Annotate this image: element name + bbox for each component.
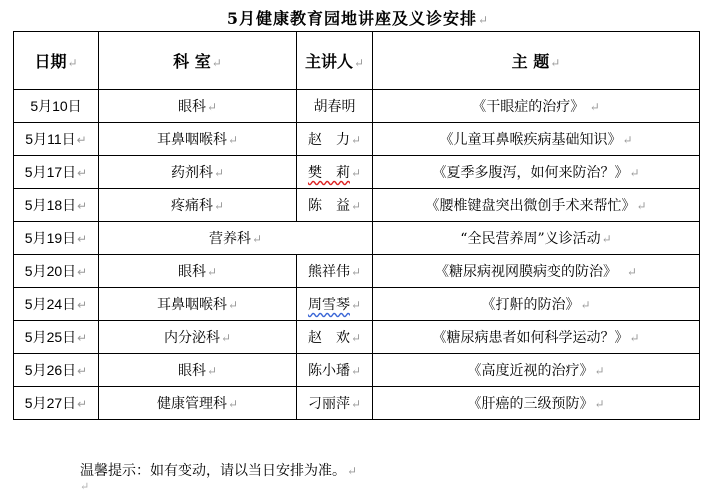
cell-dept[interactable]: 眼科↵: [99, 90, 297, 123]
cell-dept[interactable]: 耳鼻咽喉科↵: [99, 123, 297, 156]
cell-topic[interactable]: 《打鼾的防治》↵: [373, 288, 700, 321]
paragraph-mark-icon: ↵: [590, 100, 600, 114]
cell-date[interactable]: 5月10日: [14, 90, 99, 123]
paragraph-mark-icon: ↵: [602, 232, 612, 246]
cell-dept[interactable]: 疼痛科↵: [99, 189, 297, 222]
cell-speaker[interactable]: 周雪琴↵: [297, 288, 373, 321]
cell-topic[interactable]: 《糖尿病患者如何科学运动？》↵: [373, 321, 700, 354]
cell-speaker[interactable]: 樊 莉↵: [297, 156, 373, 189]
paragraph-mark-icon: ↵: [77, 265, 87, 279]
cell-dept[interactable]: 健康管理科↵: [99, 387, 297, 420]
table-row: 5月19日↵ 营养科↵ “全民营养周”义诊活动↵: [14, 222, 700, 255]
paragraph-mark-icon: ↵: [351, 397, 361, 411]
paragraph-mark-icon: ↵: [228, 133, 238, 147]
spellcheck-underline: 樊 莉: [308, 165, 350, 181]
paragraph-mark-icon: ↵: [627, 265, 637, 279]
grammar-underline: 周雪琴: [308, 297, 350, 313]
paragraph-mark-icon: ↵: [351, 133, 361, 147]
cell-dept-merged[interactable]: 营养科↵: [99, 222, 373, 255]
paragraph-mark-icon: ↵: [351, 265, 361, 279]
cell-topic[interactable]: 《糖尿病视网膜病变的防治》 ↵: [373, 255, 700, 288]
paragraph-mark-icon: ↵: [77, 133, 87, 147]
table-row: 5月10日 眼科↵ 胡春明 《干眼症的治疗》 ↵: [14, 90, 700, 123]
header-topic[interactable]: 主 题↵: [373, 32, 700, 90]
cell-speaker[interactable]: 赵 力↵: [297, 123, 373, 156]
cell-dept[interactable]: 药剂科↵: [99, 156, 297, 189]
paragraph-mark-icon: ↵: [207, 100, 217, 114]
table-row: 5月27日↵ 健康管理科↵ 刁丽萍↵ 《肝癌的三级预防》↵: [14, 387, 700, 420]
cell-topic[interactable]: 《高度近视的治疗》↵: [373, 354, 700, 387]
paragraph-mark-icon: ↵: [351, 298, 361, 312]
paragraph-mark-icon: ↵: [594, 364, 604, 378]
paragraph-mark-icon: ↵: [636, 199, 646, 213]
paragraph-mark-icon: ↵: [252, 232, 262, 246]
cell-topic[interactable]: “全民营养周”义诊活动↵: [373, 222, 700, 255]
cell-dept[interactable]: 眼科↵: [99, 354, 297, 387]
header-date[interactable]: 日期↵: [14, 32, 99, 90]
paragraph-mark-icon: ↵: [67, 56, 77, 70]
cell-dept[interactable]: 内分泌科↵: [99, 321, 297, 354]
paragraph-mark-icon: ↵: [77, 397, 87, 411]
paragraph-mark-icon: ↵: [228, 397, 238, 411]
paragraph-mark-icon: ↵: [478, 13, 489, 27]
paragraph-mark-icon: ↵: [77, 232, 87, 246]
cell-topic[interactable]: 《肝癌的三级预防》↵: [373, 387, 700, 420]
paragraph-mark-icon: ↵: [351, 331, 361, 345]
table-row: 5月18日↵ 疼痛科↵ 陈 益↵ 《腰椎键盘突出微创手术来帮忙》↵: [14, 189, 700, 222]
header-dept[interactable]: 科 室↵: [99, 32, 297, 90]
paragraph-mark-icon: ↵: [351, 166, 361, 180]
cell-date[interactable]: 5月11日↵: [14, 123, 99, 156]
paragraph-mark-icon: ↵: [351, 364, 361, 378]
cell-date[interactable]: 5月27日↵: [14, 387, 99, 420]
cell-speaker[interactable]: 陈 益↵: [297, 189, 373, 222]
paragraph-mark-icon: ↵: [77, 166, 87, 180]
document-title: 5月健康教育园地讲座及义诊安排↵: [0, 6, 716, 29]
cell-speaker[interactable]: 熊祥伟↵: [297, 255, 373, 288]
cell-date[interactable]: 5月18日↵: [14, 189, 99, 222]
paragraph-mark-icon: ↵: [77, 331, 87, 345]
table-row: 5月24日↵ 耳鼻咽喉科↵ 周雪琴↵ 《打鼾的防治》↵: [14, 288, 700, 321]
cell-date[interactable]: 5月24日↵: [14, 288, 99, 321]
cell-speaker[interactable]: 胡春明: [297, 90, 373, 123]
paragraph-mark-icon: ↵: [77, 298, 87, 312]
paragraph-mark-icon: ↵: [629, 166, 639, 180]
cell-topic[interactable]: 《夏季多腹泻，如何来防治？》↵: [373, 156, 700, 189]
header-speaker[interactable]: 主讲人↵: [297, 32, 373, 90]
paragraph-mark-icon: ↵: [622, 133, 632, 147]
paragraph-mark-icon: ↵: [347, 464, 357, 478]
cell-date[interactable]: 5月26日↵: [14, 354, 99, 387]
schedule-table: 日期↵ 科 室↵ 主讲人↵ 主 题↵ 5月10日 眼科↵ 胡春明 《干眼症的治疗…: [13, 31, 700, 420]
paragraph-mark-icon: ↵: [221, 331, 231, 345]
paragraph-mark-icon: ↵: [351, 199, 361, 213]
paragraph-mark-icon: ↵: [214, 166, 224, 180]
cell-topic[interactable]: 《干眼症的治疗》 ↵: [373, 90, 700, 123]
paragraph-mark-icon: ↵: [550, 56, 560, 70]
cell-date[interactable]: 5月19日↵: [14, 222, 99, 255]
table-row: 5月17日↵ 药剂科↵ 樊 莉↵ 《夏季多腹泻，如何来防治？》↵: [14, 156, 700, 189]
table-row: 5月11日↵ 耳鼻咽喉科↵ 赵 力↵ 《儿童耳鼻喉疾病基础知识》↵: [14, 123, 700, 156]
paragraph-mark-icon: ↵: [228, 298, 238, 312]
paragraph-mark-icon: ↵: [77, 199, 87, 213]
cell-dept[interactable]: 眼科↵: [99, 255, 297, 288]
paragraph-mark-icon: ↵: [580, 298, 590, 312]
paragraph-mark-icon: ↵: [629, 331, 639, 345]
paragraph-mark-icon: ↵: [594, 397, 604, 411]
table-header-row: 日期↵ 科 室↵ 主讲人↵ 主 题↵: [14, 32, 700, 90]
cell-date[interactable]: 5月17日↵: [14, 156, 99, 189]
paragraph-mark-icon: ↵: [354, 56, 364, 70]
cell-date[interactable]: 5月20日↵: [14, 255, 99, 288]
cell-speaker[interactable]: 陈小璠↵: [297, 354, 373, 387]
paragraph-mark-icon: ↵: [207, 364, 217, 378]
cell-topic[interactable]: 《儿童耳鼻喉疾病基础知识》↵: [373, 123, 700, 156]
cell-topic[interactable]: 《腰椎键盘突出微创手术来帮忙》↵: [373, 189, 700, 222]
cell-speaker[interactable]: 刁丽萍↵: [297, 387, 373, 420]
title-text: 5月健康教育园地讲座及义诊安排: [227, 9, 477, 28]
cell-dept[interactable]: 耳鼻咽喉科↵: [99, 288, 297, 321]
table-row: 5月25日↵ 内分泌科↵ 赵 欢↵ 《糖尿病患者如何科学运动？》↵: [14, 321, 700, 354]
cell-speaker[interactable]: 赵 欢↵: [297, 321, 373, 354]
reminder-note: 温馨提示：如有变动，请以当日安排为准。↵: [80, 460, 357, 480]
table-row: 5月26日↵ 眼科↵ 陈小璠↵ 《高度近视的治疗》↵: [14, 354, 700, 387]
paragraph-mark-icon: ↵: [214, 199, 224, 213]
empty-paragraph-mark-icon: ↵: [80, 480, 89, 492]
paragraph-mark-icon: ↵: [207, 265, 217, 279]
cell-date[interactable]: 5月25日↵: [14, 321, 99, 354]
paragraph-mark-icon: ↵: [77, 364, 87, 378]
table-row: 5月20日↵ 眼科↵ 熊祥伟↵ 《糖尿病视网膜病变的防治》 ↵: [14, 255, 700, 288]
note-text: 温馨提示：如有变动，请以当日安排为准。: [80, 463, 346, 479]
paragraph-mark-icon: ↵: [212, 56, 222, 70]
